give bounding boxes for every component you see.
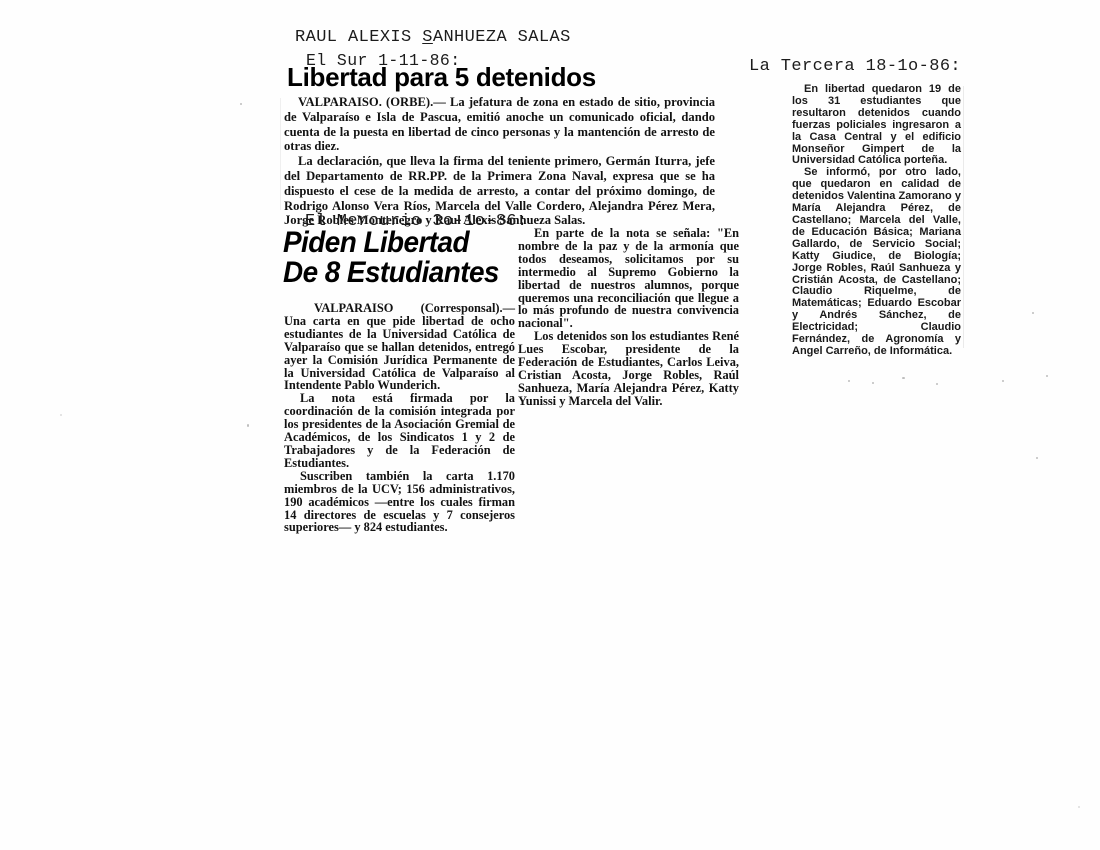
scan-speckle [240, 103, 242, 105]
el-mercurio-left-paragraph-2: La nota está firmada por la coordinación… [284, 392, 515, 469]
el-sur-paragraph-1: VALPARAISO. (ORBE).— La jefatura de zona… [284, 95, 715, 154]
el-mercurio-headline: Piden Libertad De 8 Estudiantes [283, 228, 499, 288]
el-mercurio-left-paragraph-3: Suscriben también la carta 1.170 miembro… [284, 470, 515, 535]
el-mercurio-mid-paragraph-1: En parte de la nota se señala: "En nombr… [518, 227, 739, 330]
el-sur-article-body: VALPARAISO. (ORBE).— La jefatura de zona… [284, 95, 715, 228]
el-mercurio-mid-paragraph-2: Los detenidos son los estudiantes René L… [518, 330, 739, 407]
scan-speckle [247, 424, 249, 427]
scan-speckle [1032, 312, 1034, 314]
scan-speckle [1002, 380, 1004, 382]
scan-speckle [1036, 457, 1038, 459]
el-sur-headline: Libertad para 5 detenidos [287, 62, 596, 92]
la-tercera-paragraph-2: Se informó, por otro lado, que quedaron … [792, 167, 961, 358]
scan-speckle [60, 414, 62, 416]
scanned-newspaper-clippings-page: RAUL ALEXIS SANHUEZA SALAS El Sur 1-11-8… [0, 0, 1100, 850]
la-tercera-column: En libertad quedaron 19 de los 31 estudi… [792, 84, 961, 358]
scan-speckle [1046, 375, 1048, 377]
el-mercurio-middle-column: En parte de la nota se señala: "En nombr… [518, 227, 739, 408]
el-mercurio-left-column: VALPARAISO (Corresponsal).— Una carta en… [284, 302, 515, 534]
clipping-edge-line [280, 98, 281, 210]
el-mercurio-headline-line2: De 8 Estudiantes [283, 256, 499, 289]
scan-speckle [902, 377, 905, 379]
clipping-edge-line [963, 86, 964, 348]
scan-speckle [872, 382, 874, 384]
typed-name-underlined-letter: S [422, 28, 433, 47]
typed-name-header: RAUL ALEXIS SANHUEZA SALAS [295, 28, 571, 48]
scan-speckle [1078, 806, 1080, 808]
el-mercurio-left-paragraph-1: VALPARAISO (Corresponsal).— Una carta en… [284, 302, 515, 392]
la-tercera-source-label: La Tercera 18-1o-86: [749, 57, 961, 77]
el-mercurio-headline-line1: Piden Libertad [283, 226, 469, 259]
typed-name-part1: RAUL ALEXIS [295, 28, 422, 47]
scan-speckle [848, 380, 850, 382]
la-tercera-paragraph-1: En libertad quedaron 19 de los 31 estudi… [792, 84, 961, 167]
scan-speckle [936, 383, 938, 385]
typed-name-part2: ANHUEZA SALAS [433, 28, 571, 47]
